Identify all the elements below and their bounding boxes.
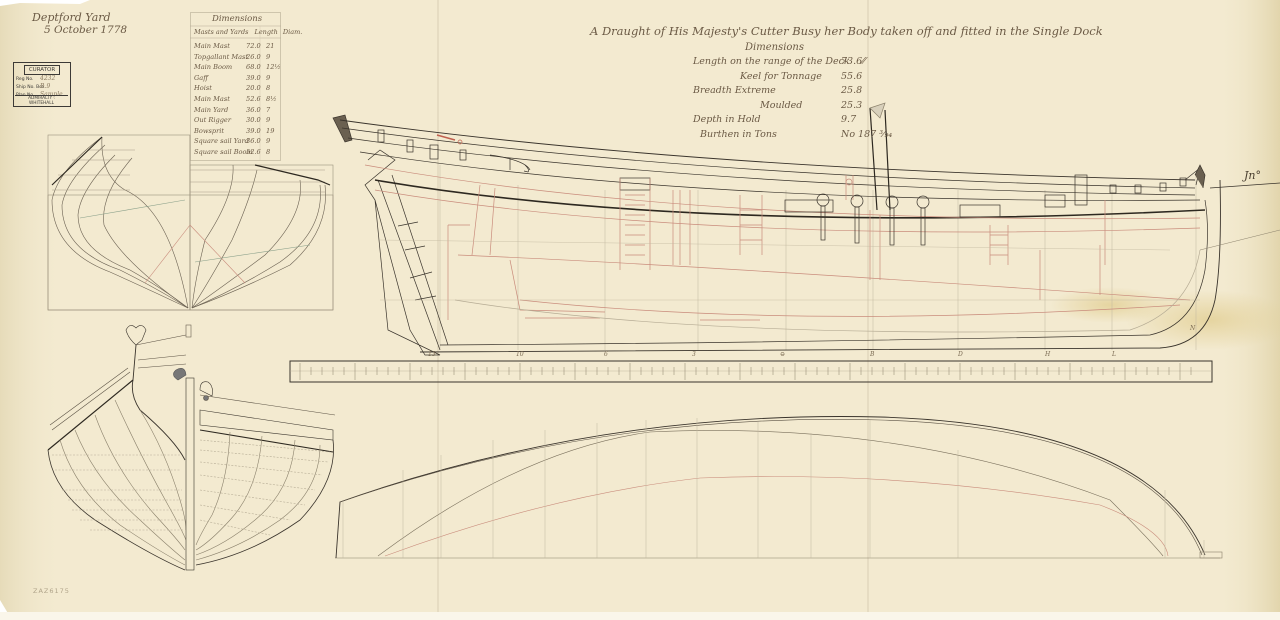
station-label: B [870,351,874,358]
station-label: H [1045,351,1050,358]
station-label: 10 [516,351,524,358]
row-name: Main Boom [194,63,232,71]
row-name: Topgallant Mast [194,53,248,61]
dimensions-title: Dimensions [745,42,804,53]
dimension-label: Keel for Tonnage [740,71,822,82]
row-length: 68.0 [246,63,261,71]
header-length: Length [255,28,278,36]
station-label: 3 [692,351,696,358]
station-label: 13 [428,351,436,358]
dimension-value: 55.6 [841,71,862,82]
masts-yards-table: Dimensions Masts and Yards Length Diam. … [190,12,280,160]
row-length: 72.0 [246,42,261,50]
dimension-label: Depth in Hold [693,114,761,125]
stamp-value-ship: B.9 [40,83,50,90]
station-label: L [1112,351,1116,358]
table-title: Dimensions [212,14,262,24]
signature: Jn° [1244,169,1261,182]
row-length: 36.0 [246,137,261,145]
yard-note: Deptford Yard [32,11,111,24]
row-length: 26.0 [246,53,261,61]
station-label: 6 [604,351,608,358]
catalog-number: ZAZ6175 [33,587,70,595]
curator-stamp: CURATOR Reg No. 4232 Ship No. Box B.9 Pl… [13,62,71,107]
dimension-value: No 187 ³⁄₉₄ [841,129,892,140]
dimension-value: 9.7 [841,114,856,125]
dimension-value: 25.3 [841,100,862,111]
date-note: 5 October 1778 [44,24,127,36]
row-name: Square sail Boom [194,148,253,156]
stamp-footer: ADMIRALTY . WHITEHALL [15,95,68,106]
row-name: Out Rigger [194,116,231,124]
row-diam: 8 [266,148,270,156]
row-diam: 8½ [266,95,277,103]
dimension-label: Length on the range of the Deck [693,56,850,67]
row-length: 52.6 [246,95,261,103]
row-name: Main Yard [194,106,228,114]
station-label: ⊖ [780,351,785,358]
row-length: 39.0 [246,74,261,82]
station-label: D [958,351,963,358]
row-name: Hoist [194,84,212,92]
table-header: Masts and Yards Length Diam. [194,28,302,36]
header-diam: Diam. [283,28,302,36]
stamp-value-reg: 4232 [40,75,55,82]
row-diam: 12½ [266,63,281,71]
row-name: Main Mast [194,95,230,103]
dimension-label: Breadth Extreme [693,85,776,96]
row-diam: 21 [266,42,274,50]
row-name: Bowsprit [194,127,224,135]
row-length: 30.0 [246,116,261,124]
row-diam: 9 [266,116,270,124]
header-name: Masts and Yards [194,28,248,36]
stamp-header: CURATOR [24,65,60,75]
ship-plan-sheet: Deptford Yard 5 October 1778 CURATOR Reg… [0,0,1280,620]
row-diam: 9 [266,74,270,82]
row-name: Main Mast [194,42,230,50]
row-diam: 8 [266,84,270,92]
row-name: Square sail Yard [194,137,249,145]
dimension-value: 73.6⁄⁄ [841,56,865,67]
row-length: 39.0 [246,127,261,135]
stamp-label-reg: Reg No. [16,77,33,82]
plan-title: A Draught of His Majesty's Cutter Busy h… [590,24,1103,38]
row-length: 20.0 [246,84,261,92]
dimension-label: Burthen in Tons [700,129,777,140]
dimension-label: Moulded [760,100,802,111]
row-diam: 7 [266,106,270,114]
station-label: N [1190,325,1195,332]
row-diam: 19 [266,127,274,135]
row-length: 36.0 [246,106,261,114]
row-diam: 9 [266,137,270,145]
row-name: Gaff [194,74,208,82]
row-length: 52.6 [246,148,261,156]
row-diam: 9 [266,53,270,61]
dimension-value: 25.8 [841,85,862,96]
